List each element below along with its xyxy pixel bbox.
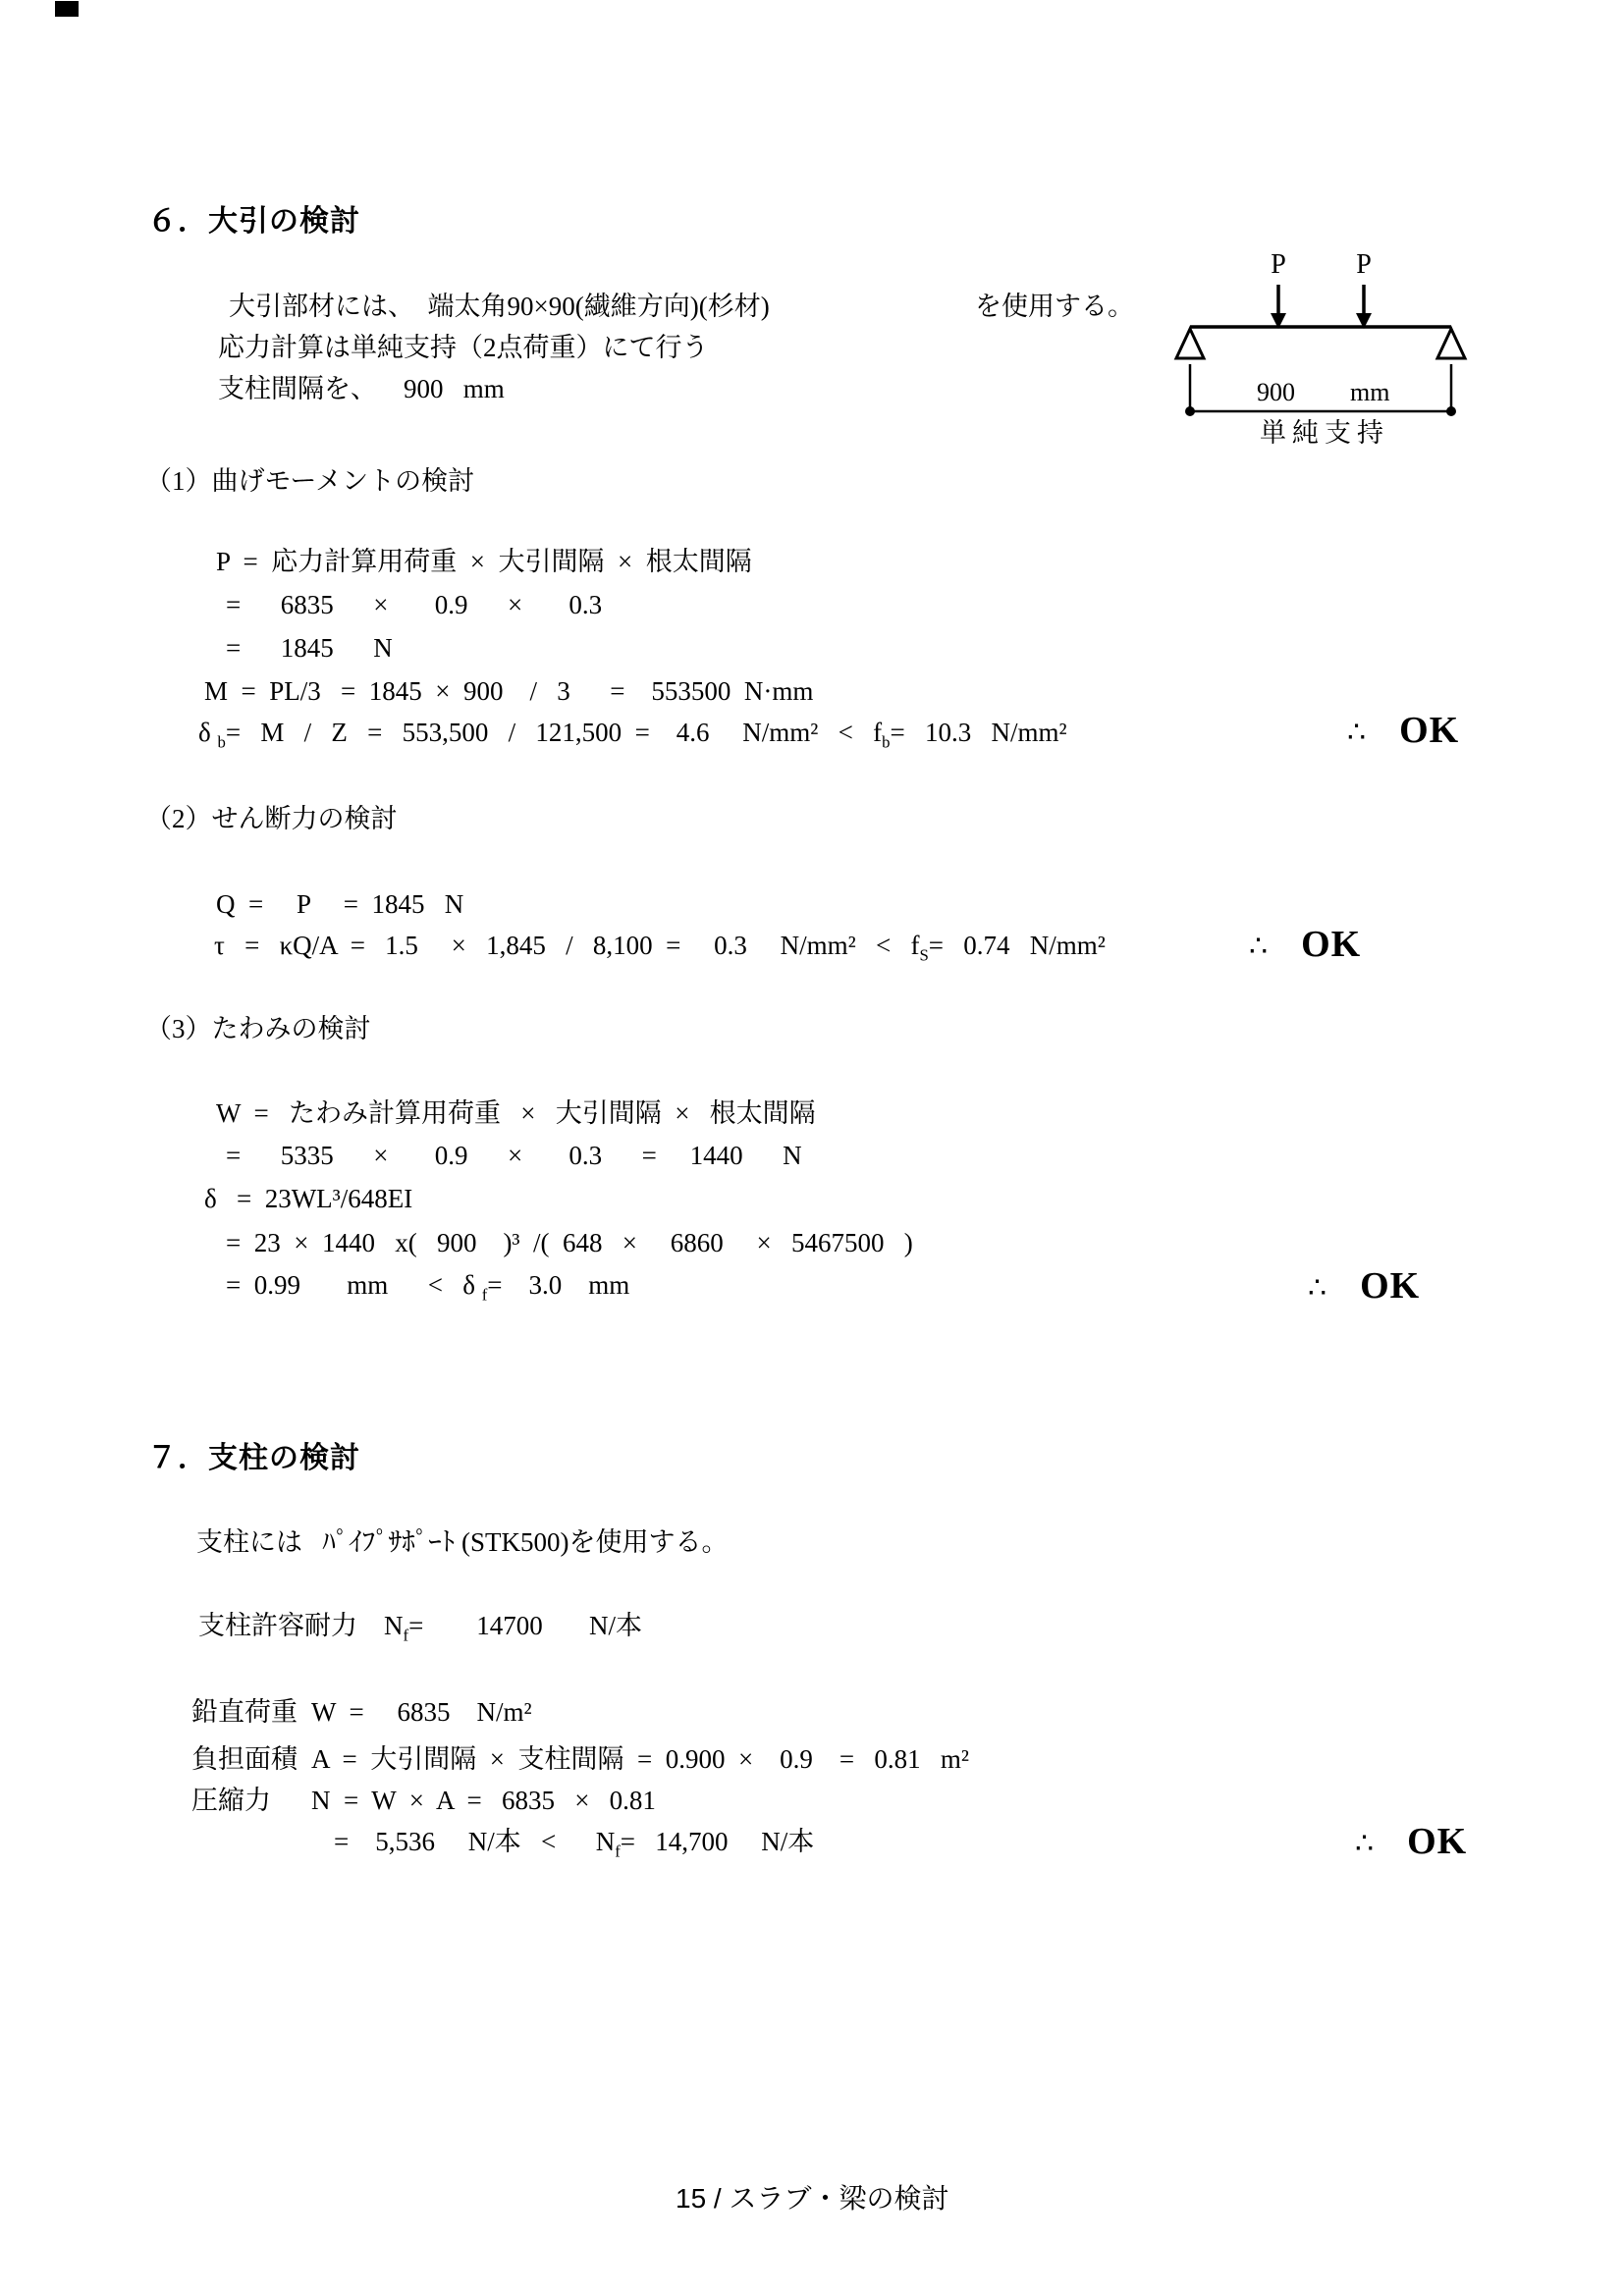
formula-segment: = 14,700 N/本: [621, 1827, 814, 1856]
bending-formula-p: P = 応力計算用荷重 × 大引間隔 × 根太間隔: [216, 546, 752, 579]
dimension-dot-right: [1446, 406, 1456, 416]
section6-title: ６．大引の検討: [147, 196, 360, 240]
vertical-load-formula: W = 6835 N/m²: [311, 1696, 532, 1730]
ok-mark: OK: [1360, 1264, 1420, 1308]
formula-segment: = 3.0 mm: [487, 1270, 629, 1300]
section7-title: ７．支柱の検討: [147, 1433, 360, 1476]
formula-segment: = M / Z = 553,500 / 121,500 = 4.6 N/mm² …: [226, 718, 882, 747]
deflection-formula-delta-result: = 0.99 mm < δ f= 3.0 mm: [226, 1269, 629, 1306]
shear-formula-tau: τ = κQ/A = 1.5 × 1,845 / 8,100 = 0.3 N/m…: [214, 930, 1106, 966]
formula-segment: τ = κQ/A = 1.5 × 1,845 / 8,100 = 0.3 N/m…: [214, 931, 919, 960]
result-ok-deflection: ∴ OK: [1308, 1264, 1420, 1308]
ok-mark: OK: [1399, 709, 1459, 752]
load-p2-label: P: [1356, 249, 1372, 280]
tributary-area-label: 負担面積: [191, 1743, 298, 1777]
vertical-load-label: 鉛直荷重: [191, 1696, 298, 1730]
bending-formula-p-result: = 1845 N: [226, 632, 393, 666]
ok-mark: OK: [1407, 1820, 1467, 1863]
tributary-area-formula: A = 大引間隔 × 支柱間隔 = 0.900 × 0.9 = 0.81 m²: [311, 1743, 969, 1777]
scan-artifact-mark: [55, 1, 79, 17]
bending-formula-p-values: = 6835 × 0.9 × 0.3: [226, 589, 602, 622]
load-arrow-left: [1271, 285, 1286, 329]
span-value-label: 900: [1257, 378, 1295, 406]
therefore-symbol: ∴: [1308, 1271, 1326, 1306]
result-ok-post: ∴ OK: [1355, 1820, 1467, 1863]
support-triangle-left: [1176, 329, 1204, 358]
formula-segment: δ: [198, 718, 217, 747]
sec6-intro-line1-usage: を使用する。: [975, 291, 1134, 324]
deflection-formula-w-values: = 5335 × 0.9 × 0.3 = 1440 N: [226, 1140, 802, 1173]
therefore-symbol: ∴: [1249, 930, 1268, 964]
deflection-formula-delta-values: = 23 × 1440 x( 900 )³ /( 648 × 6860 × 54…: [226, 1227, 913, 1260]
formula-segment: 支柱許容耐力 N: [198, 1611, 404, 1640]
result-ok-bending: ∴ OK: [1347, 709, 1459, 752]
deflection-formula-delta: δ = 23WL³/648EI: [204, 1183, 412, 1216]
post-capacity-line: 支柱許容耐力 Nf= 14700 N/本: [198, 1610, 642, 1646]
span-unit-label: mm: [1350, 378, 1389, 406]
deflection-formula-w: W = たわみ計算用荷重 × 大引間隔 × 根太間隔: [216, 1097, 816, 1131]
formula-segment: = 0.74 N/mm²: [929, 931, 1106, 960]
formula-segment: = 14700 N/本: [408, 1611, 642, 1640]
document-page: ６．大引の検討 大引部材には、 端太角90×90(繊維方向)(杉材) を使用する…: [0, 0, 1624, 2296]
compression-formula: N = W × A = 6835 × 0.81: [311, 1785, 656, 1818]
formula-subscript: b: [217, 732, 225, 751]
shear-check-heading: （2）せん断力の検討: [145, 797, 398, 835]
formula-subscript: S: [919, 945, 928, 964]
bending-check-heading: （1）曲げモーメントの検討: [145, 459, 474, 498]
support-triangle-right: [1437, 329, 1465, 358]
compression-result-line: = 5,536 N/本 < Nf= 14,700 N/本: [334, 1826, 814, 1862]
sec6-intro-line3: 支柱間隔を、 900 mm: [218, 373, 505, 406]
load-p1-label: P: [1271, 249, 1286, 280]
formula-segment: = 0.99 mm < δ: [226, 1270, 482, 1300]
bending-formula-m: M = PL/3 = 1845 × 900 / 3 = 553500 N·mm: [204, 675, 813, 709]
page-footer: 15 / スラブ・梁の検討: [676, 2177, 948, 2216]
sec7-intro: 支柱には ﾊﾟｲﾌﾟｻﾎﾟｰﾄ (STK500)を使用する。: [196, 1526, 729, 1560]
sec6-intro-line2: 応力計算は単純支持（2点荷重）にて行う: [218, 332, 709, 365]
sec6-intro-line1: 大引部材には、 端太角90×90(繊維方向)(杉材): [229, 291, 770, 324]
formula-segment: = 10.3 N/mm²: [890, 718, 1066, 747]
support-caption: 単純支持: [1260, 418, 1389, 448]
compression-label: 圧縮力: [191, 1785, 271, 1818]
result-ok-shear: ∴ OK: [1249, 923, 1361, 966]
ok-mark: OK: [1301, 923, 1361, 966]
therefore-symbol: ∴: [1347, 716, 1366, 750]
deflection-check-heading: （3）たわみの検討: [145, 1007, 371, 1045]
load-arrow-right: [1356, 285, 1372, 329]
therefore-symbol: ∴: [1355, 1827, 1374, 1861]
shear-formula-q: Q = P = 1845 N: [216, 888, 463, 922]
simply-supported-beam-diagram: P P 900 mm 単純支持: [1173, 240, 1478, 452]
dimension-dot-left: [1185, 406, 1195, 416]
formula-segment: = 5,536 N/本 < N: [334, 1827, 615, 1856]
bending-formula-stress: δ b= M / Z = 553,500 / 121,500 = 4.6 N/m…: [198, 717, 1067, 753]
